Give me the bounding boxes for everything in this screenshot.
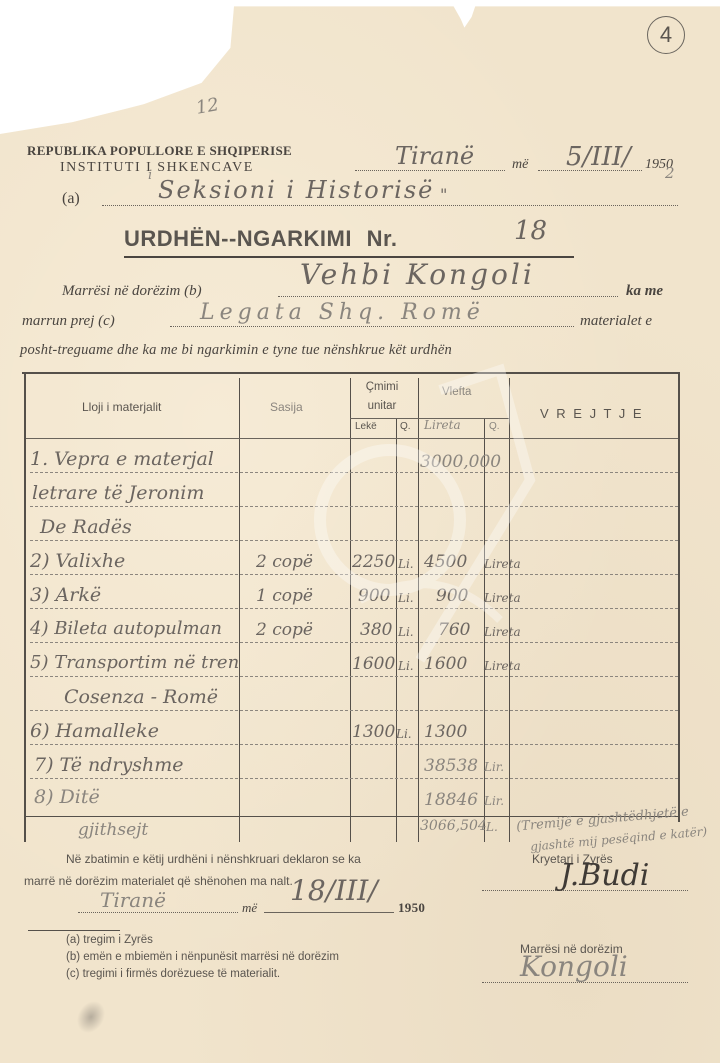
row-material: 1. Vepra e materjal xyxy=(30,448,214,470)
title-text: URDHËN--NGARKIMI xyxy=(124,226,352,251)
col-divider-4 xyxy=(509,378,510,842)
col-divider-3 xyxy=(418,378,419,842)
col-header-value-lek: Lireta xyxy=(424,418,461,432)
total-currency: L. xyxy=(486,820,498,834)
nr-value: 18 xyxy=(514,216,547,246)
row-material: Cosenza - Romë xyxy=(64,686,218,708)
col-header-unit-q: Q. xyxy=(400,421,411,432)
decl-place-handwritten: Tiranë xyxy=(100,888,166,912)
row-divider xyxy=(30,710,678,711)
intro-line1-suffix: ka me xyxy=(626,283,663,300)
row-quantity: 2 copë xyxy=(256,552,313,572)
row-value-currency: Lireta xyxy=(484,591,521,605)
republic-heading: REPUBLIKA POPULLORE E SHQIPERISE xyxy=(27,143,292,159)
footnote-separator xyxy=(28,930,120,931)
row-divider xyxy=(30,642,678,643)
row-divider xyxy=(30,540,678,541)
row-value: 900 xyxy=(436,586,468,606)
intro-line3: posht-treguame dhe ka me bi ngarkimin e … xyxy=(20,342,452,359)
row-unit-currency: Li. xyxy=(398,557,414,571)
office-line xyxy=(102,205,678,206)
row-divider xyxy=(30,574,678,575)
declaration-line1: Në zbatimin e këtij urdhëni i nënshkruar… xyxy=(66,852,361,866)
intro-line2-prefix: marrun prej (c) xyxy=(22,313,115,330)
row-value-currency: Lir. xyxy=(484,760,504,774)
row-value-currency: Lireta xyxy=(484,625,521,639)
row-material: 6) Hamalleke xyxy=(30,720,159,742)
row-divider xyxy=(30,744,678,745)
col-header-quantity: Sasija xyxy=(270,400,303,414)
row-value: 1600 xyxy=(424,654,467,674)
row-value: 18846 xyxy=(424,790,478,810)
row-material: 2) Valixhe xyxy=(30,550,125,572)
sender-name: Legata Shq. Romë xyxy=(200,300,485,325)
table-left-border xyxy=(24,372,26,842)
row-material: 7) Të ndryshme xyxy=(34,754,184,776)
row-unit-price: 900 xyxy=(358,586,390,606)
receiver-line xyxy=(278,296,618,297)
row-value: 4500 xyxy=(424,552,467,572)
row-divider xyxy=(30,676,678,677)
col-header-unit-lek: Lekë xyxy=(355,421,377,432)
col-divider-1 xyxy=(239,378,240,842)
col-header-material: Lloji i materjalit xyxy=(82,400,161,414)
col-header-value-q: Q. xyxy=(489,421,500,432)
receiver-name: Vehbi Kongoli xyxy=(300,258,535,291)
office-label: (a) xyxy=(62,190,80,208)
total-value: 3066,504 xyxy=(420,818,487,834)
row-value: 38538 xyxy=(424,756,478,776)
row-unit-price: 380 xyxy=(360,620,392,640)
row-value: 1300 xyxy=(424,722,467,742)
decl-year: 1950 xyxy=(398,900,425,916)
total-label: gjithsejt xyxy=(78,820,148,840)
intro-line2-suffix: materialet e xyxy=(580,313,652,330)
row-quantity: 1 copë xyxy=(256,586,313,606)
row-quantity: 2 copë xyxy=(256,620,313,640)
footnote-c: (c) tregimi i firmës dorëzuese të materi… xyxy=(66,968,280,980)
row-divider xyxy=(30,778,678,779)
col-divider-2 xyxy=(350,378,351,842)
document-title: URDHËN--NGARKIMI Nr. xyxy=(124,226,397,252)
row-material: 5) Transportim në tren xyxy=(30,652,239,673)
row-unit-price: 1300 xyxy=(352,722,395,742)
row-value: 3000,000 xyxy=(420,452,501,472)
row-divider xyxy=(30,472,678,473)
col-header-value: Vlefta xyxy=(442,386,471,398)
decl-date-line xyxy=(264,912,394,913)
table-top-border xyxy=(22,372,680,374)
footnote-a: (a) tregim i Zyrës xyxy=(66,934,153,946)
me-label: më xyxy=(512,157,528,173)
row-unit-price: 2250 xyxy=(352,552,395,572)
col-header-remarks: V R E J T J E xyxy=(540,406,644,421)
office-handwritten: Seksioni i Historisë xyxy=(158,176,434,204)
page-number: 4 xyxy=(647,16,685,54)
row-unit-currency: Li. xyxy=(398,625,414,639)
date-handwritten: 5/III/ xyxy=(566,142,631,172)
row-unit-currency: Li. xyxy=(398,591,414,605)
place-line xyxy=(355,170,505,171)
row-material: letrare të Jeronim xyxy=(32,482,204,504)
col-header-unit-price: Çmimi unitar xyxy=(354,378,410,416)
decl-place-line xyxy=(78,912,238,913)
row-material: 4) Bileta autopulman xyxy=(30,618,222,639)
place-handwritten: Tiranë xyxy=(395,142,474,170)
year-correction: 2 xyxy=(665,164,675,182)
decl-date-handwritten: 18/III/ xyxy=(290,874,378,907)
table-right-border xyxy=(678,372,680,822)
row-value: 760 xyxy=(438,620,470,640)
sender-line xyxy=(170,326,574,327)
row-value-currency: Lireta xyxy=(484,659,521,673)
row-divider xyxy=(30,608,678,609)
row-unit-price: 1600 xyxy=(352,654,395,674)
header-bottom-border xyxy=(26,438,678,439)
receiver-signature: Kongoli xyxy=(520,950,628,983)
intro-line1-prefix: Marrësi në dorëzim (b) xyxy=(62,283,202,300)
chief-signature: J.Budi xyxy=(560,858,649,893)
row-material: De Radës xyxy=(40,516,132,538)
row-unit-currency: Li. xyxy=(398,659,414,673)
row-unit-currency: Li. xyxy=(396,727,412,741)
footnote-b: (b) emën e mbiemën i nënpunësit marrësi … xyxy=(66,951,339,963)
row-divider xyxy=(30,506,678,507)
row-value-currency: Lireta xyxy=(484,557,521,571)
institute-correction: i xyxy=(148,168,152,183)
row-material: 3) Arkë xyxy=(30,584,101,606)
corner-pencil-mark: 12 xyxy=(194,94,220,119)
nr-label: Nr. xyxy=(367,226,398,251)
row-material: 8) Ditë xyxy=(34,786,100,808)
office-suffix: " xyxy=(440,185,447,204)
institute-heading: INSTITUTI I SHKENCAVE xyxy=(60,160,254,176)
decl-me-label: më xyxy=(242,900,257,916)
declaration-line2: marrë në dorëzim materialet që shënohen … xyxy=(24,874,293,888)
row-value-currency: Lir. xyxy=(484,794,504,808)
